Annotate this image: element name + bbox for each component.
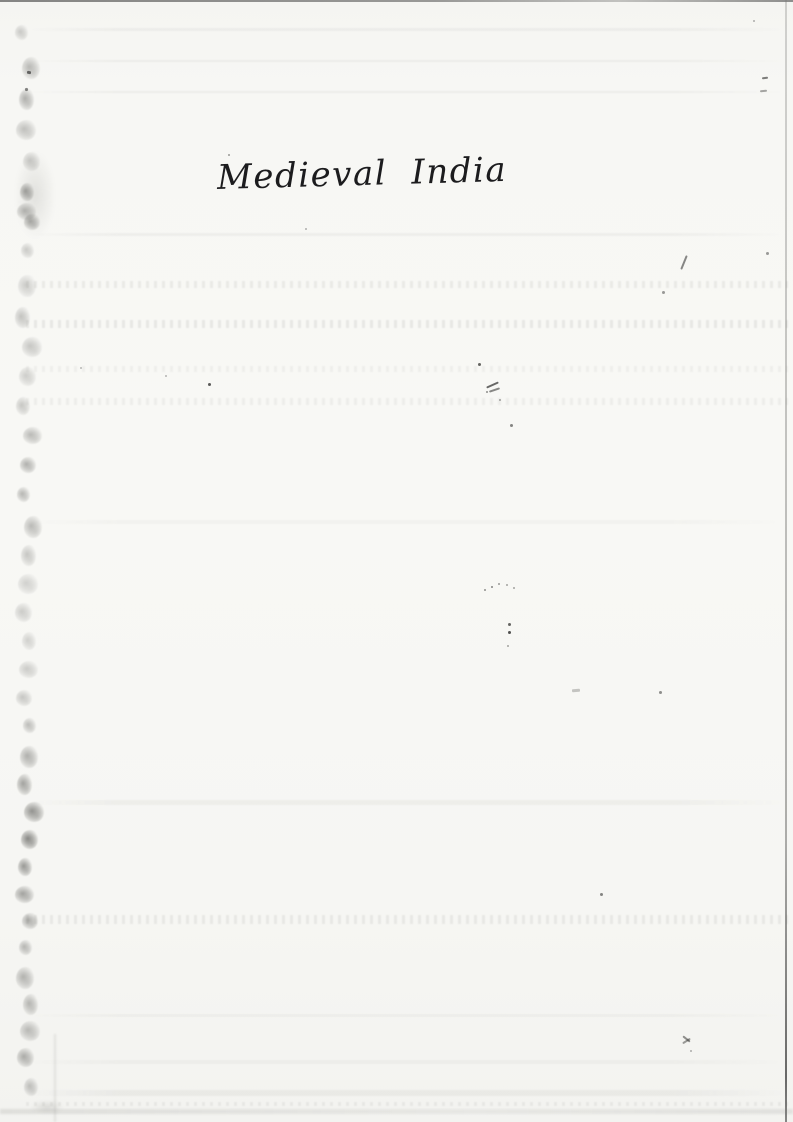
binding-hole-mark bbox=[24, 516, 42, 538]
scan-streak bbox=[26, 60, 788, 62]
ink-stray-mark bbox=[572, 689, 580, 693]
binding-hole-mark bbox=[22, 913, 38, 929]
scan-streak bbox=[26, 366, 788, 372]
ink-speck bbox=[753, 20, 755, 22]
binding-hole-mark bbox=[16, 397, 30, 415]
ink-speck bbox=[305, 228, 307, 230]
binding-hole-mark bbox=[16, 967, 34, 989]
ink-speck bbox=[508, 631, 511, 634]
binding-hole-mark bbox=[20, 746, 38, 768]
binding-hole-mark bbox=[20, 1021, 40, 1041]
scan-streak bbox=[26, 398, 788, 405]
ink-stray-mark bbox=[680, 255, 687, 270]
binding-hole-mark bbox=[22, 337, 42, 357]
scanned-notebook-page: Medieval India bbox=[0, 0, 793, 1122]
ink-speck bbox=[513, 587, 515, 589]
binding-hole-mark bbox=[22, 632, 36, 650]
scan-streak bbox=[26, 1014, 788, 1017]
binding-hole-mark bbox=[21, 830, 38, 849]
binding-hole-mark bbox=[16, 120, 36, 140]
scan-streak bbox=[26, 520, 788, 524]
binding-hole-mark bbox=[19, 940, 32, 955]
ink-speck bbox=[491, 586, 493, 588]
ink-speck bbox=[498, 583, 500, 585]
binding-hole-mark bbox=[19, 661, 38, 678]
binding-hole-mark bbox=[21, 243, 34, 258]
binding-hole-mark bbox=[15, 603, 32, 622]
ink-speck bbox=[662, 291, 665, 294]
ink-speck bbox=[766, 252, 769, 255]
ink-stray-mark bbox=[25, 88, 29, 92]
ink-speck bbox=[486, 391, 488, 393]
ink-speck bbox=[508, 623, 511, 626]
scan-streak bbox=[26, 800, 788, 805]
binding-hole-mark bbox=[20, 457, 36, 473]
ink-speck bbox=[506, 584, 508, 586]
binding-hole-mark bbox=[23, 994, 38, 1015]
binding-hole-mark bbox=[23, 427, 42, 444]
page-title: Medieval India bbox=[216, 150, 507, 198]
binding-hole-mark bbox=[22, 57, 40, 79]
binding-hole-mark bbox=[17, 774, 32, 795]
ink-stray-mark bbox=[27, 71, 31, 75]
binding-hole-mark bbox=[16, 690, 32, 706]
ink-speck bbox=[165, 375, 167, 377]
ink-speck bbox=[507, 645, 509, 647]
scan-streak bbox=[26, 915, 788, 924]
binding-hole-mark bbox=[21, 545, 36, 566]
binding-hole-mark bbox=[15, 307, 30, 328]
scan-streak bbox=[26, 233, 788, 236]
scan-edge-bottom bbox=[0, 1109, 793, 1114]
binding-hole-mark bbox=[18, 574, 38, 594]
scan-streak bbox=[26, 281, 788, 288]
ink-speck bbox=[80, 367, 82, 369]
scan-streak bbox=[26, 28, 788, 31]
scan-streak bbox=[26, 91, 788, 93]
ink-speck bbox=[228, 154, 230, 156]
ink-stray-mark bbox=[489, 387, 500, 392]
ink-speck bbox=[690, 1050, 692, 1052]
ink-stray-mark bbox=[762, 77, 768, 80]
ink-speck bbox=[208, 383, 211, 386]
paper-smudge bbox=[30, 1100, 64, 1114]
binding-hole-mark bbox=[24, 802, 44, 822]
ink-speck bbox=[499, 399, 501, 401]
binding-hole-mark bbox=[17, 487, 30, 502]
ink-speck bbox=[659, 691, 662, 694]
ink-speck bbox=[478, 363, 481, 366]
scan-streak bbox=[26, 1102, 788, 1106]
binding-hole-mark bbox=[18, 858, 32, 876]
binding-hole-mark bbox=[24, 1078, 38, 1096]
scan-streak bbox=[26, 1090, 788, 1096]
scan-streak bbox=[26, 320, 788, 328]
ink-speck bbox=[600, 893, 603, 896]
binding-hole-mark bbox=[23, 718, 36, 733]
scan-streak bbox=[26, 1060, 788, 1064]
binding-hole-mark bbox=[18, 275, 36, 297]
paper-smudge bbox=[14, 150, 56, 240]
binding-hole-mark bbox=[19, 367, 36, 386]
ink-speck bbox=[510, 424, 513, 427]
ink-speck bbox=[484, 589, 486, 591]
binding-hole-mark bbox=[17, 1048, 34, 1067]
binding-hole-mark bbox=[15, 886, 34, 903]
scan-edge-top bbox=[0, 0, 793, 2]
binding-hole-mark bbox=[19, 89, 34, 110]
scan-edge-right bbox=[785, 0, 787, 1122]
binding-hole-mark bbox=[15, 25, 28, 40]
